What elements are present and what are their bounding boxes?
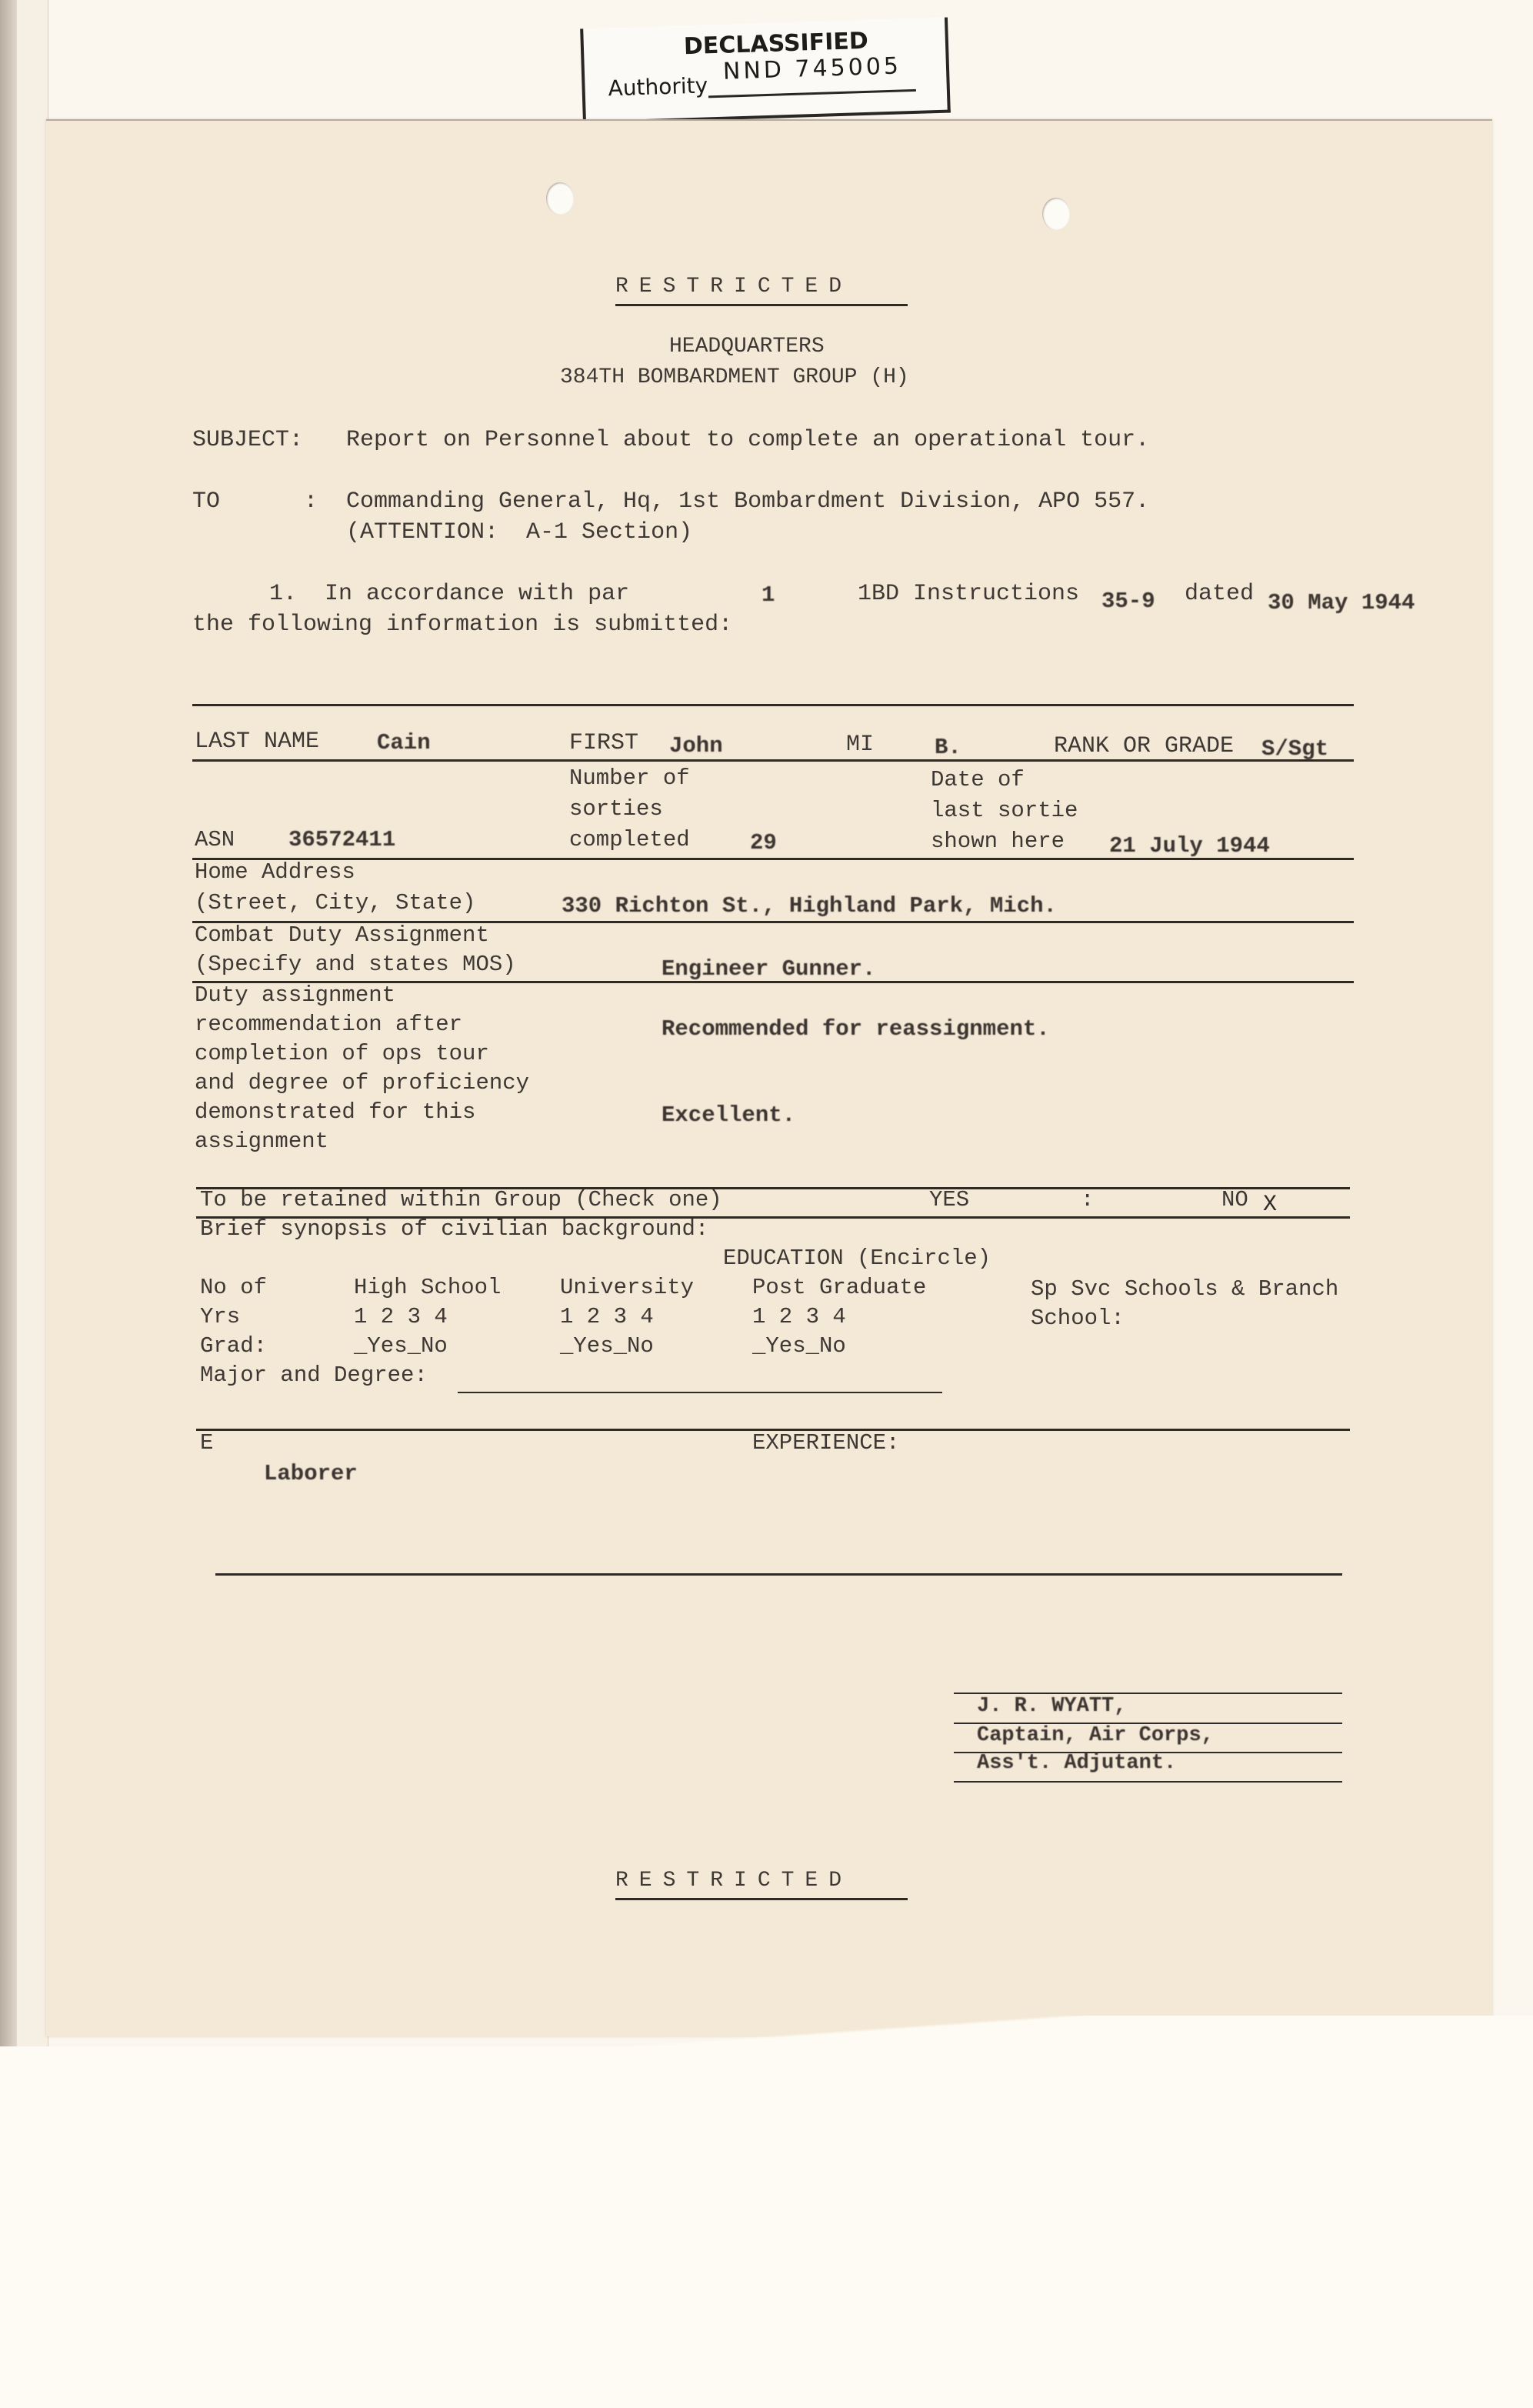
to-line-2: (ATTENTION: A-1 Section) [346, 519, 692, 545]
subject-text: Report on Personnel about to complete an… [346, 427, 1149, 453]
stamp-authority-label: Authority [608, 72, 708, 101]
education-heading: EDUCATION (Encircle) [723, 1246, 991, 1271]
row-rule-asn [192, 858, 1354, 860]
para1-instructions-value: 35-9 [1101, 589, 1155, 614]
punch-hole-right [1042, 198, 1070, 230]
classification-bottom-underline [615, 1898, 908, 1900]
asn-label: ASN [195, 827, 235, 852]
major-degree-label: Major and Degree: [200, 1362, 428, 1388]
major-degree-line [458, 1392, 942, 1393]
stamp-underline [708, 89, 916, 98]
retained-no-check-mark: X [1263, 1192, 1277, 1218]
edu-row-label-grad: Grad: [200, 1333, 267, 1359]
subject-label: SUBJECT: [192, 427, 303, 453]
retained-label: To be retained within Group (Check one) [200, 1187, 722, 1212]
signature-title: Ass't. Adjutant. [977, 1752, 1176, 1775]
duty-label-2: recommendation after [195, 1012, 462, 1037]
last-sortie-label-2: last sortie [931, 798, 1078, 823]
para1-text-2: 1BD Instructions [858, 581, 1079, 607]
para1-par-value: 1 [762, 582, 775, 608]
edu-row-label-no-of: No of [200, 1275, 267, 1300]
underlying-sheet-edge [17, 0, 48, 2062]
form-top-rule [192, 704, 1354, 706]
to-colon: : [304, 489, 318, 515]
punch-hole-left [546, 182, 574, 215]
document-page: RESTRICTED HEADQUARTERS 384TH BOMBARDMEN… [46, 119, 1492, 2036]
retained-yes: YES [929, 1187, 969, 1212]
combat-duty-label-1: Combat Duty Assignment [195, 922, 489, 948]
duty-recommendation-value: Recommended for reassignment. [662, 1016, 1050, 1042]
sp-svc-schools-label-2: School: [1031, 1306, 1125, 1331]
duty-label-5: demonstrated for this [195, 1099, 475, 1125]
duty-label-1: Duty assignment [195, 982, 395, 1008]
home-address-label-1: Home Address [195, 859, 355, 885]
edu-university-heading: University [560, 1275, 694, 1300]
classification-top: RESTRICTED [615, 275, 852, 298]
experience-value: Laborer [264, 1461, 358, 1486]
combat-duty-value: Engineer Gunner. [662, 956, 875, 982]
last-name-value: Cain [377, 730, 431, 755]
para1-text-3: dated [1185, 581, 1254, 607]
last-sortie-label-3: shown here [931, 829, 1065, 854]
page-curl-edge [0, 2016, 1533, 2062]
signature-line-3 [954, 1781, 1342, 1783]
row-rule-experience-bottom [215, 1573, 1342, 1576]
asn-value: 36572411 [288, 827, 395, 852]
retained-no: NO [1221, 1187, 1248, 1212]
signature-name: J. R. WYATT, [977, 1695, 1126, 1718]
edu-high-school-heading: High School [354, 1275, 501, 1300]
rank-value: S/Sgt [1261, 736, 1328, 762]
edu-post-graduate-heading: Post Graduate [752, 1275, 926, 1300]
first-name-label: FIRST [569, 730, 638, 756]
civilian-background-label: Brief synopsis of civilian background: [200, 1216, 708, 1242]
classification-bottom: RESTRICTED [615, 1869, 852, 1893]
home-address-label-2: (Street, City, State) [195, 890, 475, 916]
sorties-value: 29 [750, 830, 777, 855]
signature-line-top [954, 1693, 1342, 1694]
experience-label: EXPERIENCE: [752, 1430, 899, 1456]
edu-university-grad: _Yes_No [560, 1333, 654, 1359]
to-label: TO [192, 489, 220, 515]
sp-svc-schools-label-1: Sp Svc Schools & Branch [1031, 1276, 1338, 1302]
row-rule-names [192, 759, 1354, 762]
mi-value: B. [935, 735, 961, 760]
retained-colon: : [1081, 1187, 1094, 1212]
declassified-stamp: DECLASSIFIED Authority NND 745005 [580, 18, 951, 125]
experience-left-label: E [200, 1430, 213, 1456]
first-name-value: John [669, 733, 723, 759]
edu-post-graduate-grad: _Yes_No [752, 1333, 846, 1359]
combat-duty-label-2: (Specify and states MOS) [195, 952, 516, 977]
rank-label: RANK OR GRADE [1054, 733, 1234, 759]
background-card [0, 2046, 1533, 2408]
mi-label: MI [846, 732, 874, 758]
home-address-value: 330 Richton St., Highland Park, Mich. [562, 893, 1057, 919]
para1-date-value: 30 May 1944 [1268, 590, 1415, 615]
last-sortie-label-1: Date of [931, 767, 1025, 792]
sorties-label-2: sorties [569, 796, 663, 822]
sorties-label-3: completed [569, 827, 690, 852]
last-sortie-value: 21 July 1944 [1109, 833, 1270, 859]
para1-line-2: the following information is submitted: [192, 612, 732, 638]
duty-label-3: completion of ops tour [195, 1041, 489, 1066]
edu-post-graduate-years: 1 2 3 4 [752, 1304, 846, 1329]
org-line-2: 384TH BOMBARDMENT GROUP (H) [560, 365, 909, 389]
edu-university-years: 1 2 3 4 [560, 1304, 654, 1329]
org-line-1: HEADQUARTERS [669, 335, 825, 359]
stamp-authority-value: NND 745005 [722, 52, 901, 85]
sorties-label-1: Number of [569, 765, 690, 791]
last-name-label: LAST NAME [195, 729, 319, 755]
to-line-1: Commanding General, Hq, 1st Bombardment … [346, 489, 1149, 515]
edu-high-school-years: 1 2 3 4 [354, 1304, 448, 1329]
edu-row-label-yrs: Yrs [200, 1304, 240, 1329]
para1-text-1: 1. In accordance with par [269, 581, 629, 607]
duty-label-4: and degree of proficiency [195, 1070, 529, 1096]
proficiency-value: Excellent. [662, 1102, 795, 1128]
signature-rank: Captain, Air Corps, [977, 1724, 1214, 1747]
edu-high-school-grad: _Yes_No [354, 1333, 448, 1359]
duty-label-6: assignment [195, 1129, 328, 1154]
classification-top-underline [615, 304, 908, 306]
